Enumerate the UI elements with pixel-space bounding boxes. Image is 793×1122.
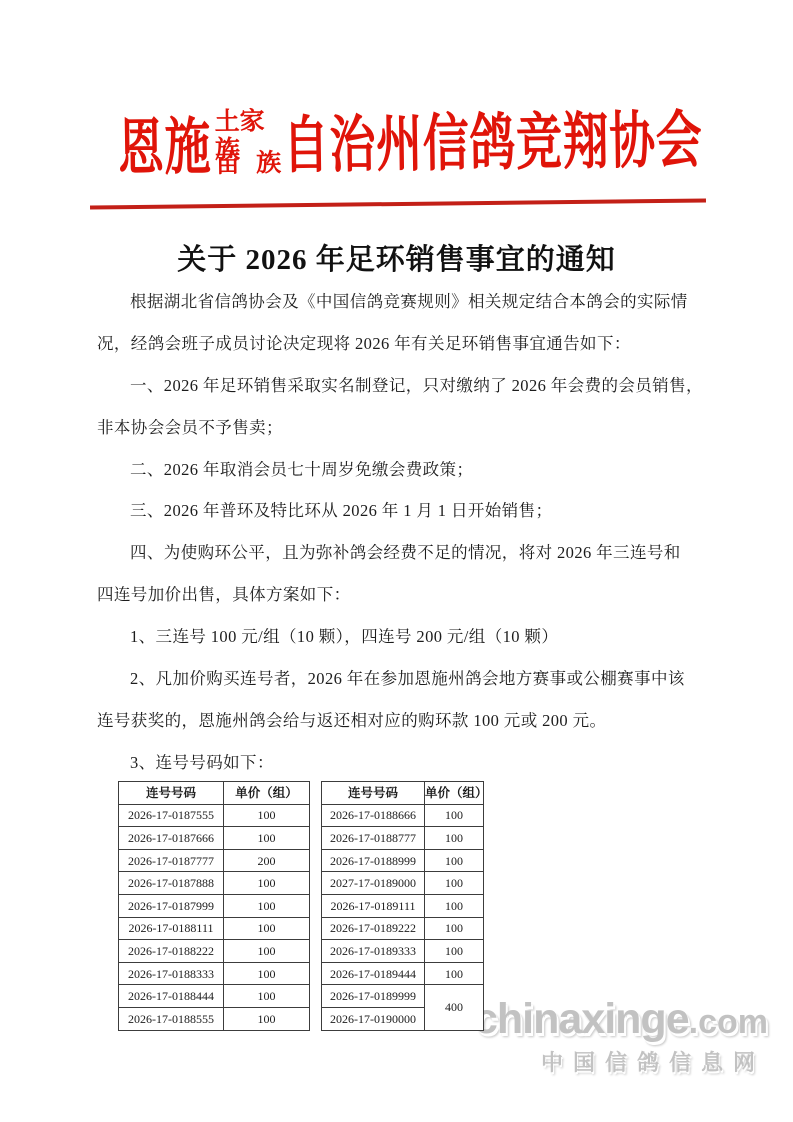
table-header-row: 连号号码单价（组）: [322, 782, 484, 805]
table-row: 2026-17-0188333100: [119, 962, 310, 985]
body-line: 连号获奖的，恩施州鸽会给与返还相对应的购环款 100 元或 200 元。: [97, 700, 709, 742]
red-divider-line: [90, 199, 706, 210]
price-cell: 100: [425, 962, 484, 985]
body-line: 一、2026 年足环销售采取实名制登记，只对缴纳了 2026 年会费的会员销售，: [97, 365, 709, 407]
ring-number-tables: 连号号码单价（组）2026-17-01875551002026-17-01876…: [118, 781, 484, 1031]
ring-number-cell: 2026-17-0188333: [119, 962, 224, 985]
ring-table-left: 连号号码单价（组）2026-17-01875551002026-17-01876…: [118, 781, 310, 1031]
ethnic-name-top-text: 土家族: [214, 108, 280, 139]
ring-number-cell: 2026-17-0187777: [119, 849, 224, 872]
ring-number-cell: 2026-17-0188222: [119, 940, 224, 963]
ethnic-name-bottom-right: 族: [256, 150, 281, 180]
document-page: 恩施 土家族 苗 族 自治州信鸽竞翔协会 关于 2026 年足环销售事宜的通知 …: [0, 0, 793, 1122]
column-header: 单价（组）: [224, 782, 310, 805]
ring-number-cell: 2026-17-0187888: [119, 872, 224, 895]
association-name-suffix: 自治州信鸽竞翔协会: [282, 106, 703, 182]
price-cell: 100: [425, 804, 484, 827]
price-cell: 200: [224, 849, 310, 872]
column-header: 单价（组）: [425, 782, 484, 805]
ring-number-cell: 2026-17-0187666: [119, 827, 224, 850]
price-cell: 100: [224, 917, 310, 940]
body-line: 1、三连号 100 元/组（10 颗），四连号 200 元/组（10 颗）: [97, 616, 709, 658]
price-cell: 100: [224, 940, 310, 963]
table-row: 2026-17-0189444100: [322, 962, 484, 985]
ring-number-cell: 2026-17-0189444: [322, 962, 425, 985]
body-line: 三、2026 年普环及特比环从 2026 年 1 月 1 日开始销售；: [97, 490, 709, 532]
watermark-site-tld: .com: [689, 1003, 768, 1041]
table-row: 2026-17-0187777200: [119, 849, 310, 872]
ring-number-cell: 2026-17-0189111: [322, 894, 425, 917]
ring-number-cell: 2026-17-0188999: [322, 849, 425, 872]
table-header-row: 连号号码单价（组）: [119, 782, 310, 805]
association-header: 恩施 土家族 苗 族 自治州信鸽竞翔协会: [117, 96, 718, 199]
ring-number-cell: 2026-17-0188444: [119, 985, 224, 1008]
watermark-site-cjk: 中国信鸽信息网: [541, 1046, 765, 1077]
price-cell: 100: [224, 872, 310, 895]
ethnic-name-bottom-left: 苗: [215, 150, 240, 180]
ring-number-cell: 2026-17-0188666: [322, 804, 425, 827]
price-cell: 100: [224, 827, 310, 850]
ring-number-cell: 2026-17-0187999: [119, 894, 224, 917]
table-row: 2026-17-0188111100: [119, 917, 310, 940]
price-cell: 100: [224, 894, 310, 917]
body-line: 根据湖北省信鸽协会及《中国信鸽竞赛规则》相关规定结合本鸽会的实际情: [97, 281, 709, 323]
ethnic-name-top: 土家族: [214, 108, 280, 139]
ring-number-cell: 2026-17-0190000: [322, 1007, 425, 1030]
table-row: 2026-17-0188666100: [322, 804, 484, 827]
watermark-site-main: chinaxinge: [474, 995, 689, 1043]
table-row: 2026-17-0188999100: [322, 849, 484, 872]
body-line: 四连号加价出售，具体方案如下：: [97, 574, 709, 616]
table-row: 2026-17-0188777100: [322, 827, 484, 850]
ring-number-cell: 2027-17-0189000: [322, 872, 425, 895]
price-cell: 100: [425, 827, 484, 850]
ring-number-cell: 2026-17-0188111: [119, 917, 224, 940]
price-cell: 100: [224, 985, 310, 1008]
price-cell: 100: [224, 1007, 310, 1030]
price-cell: 100: [425, 894, 484, 917]
ring-number-cell: 2026-17-0189999: [322, 985, 425, 1008]
body-line: 2、凡加价购买连号者，2026 年在参加恩施州鸽会地方赛事或公棚赛事中该: [97, 658, 709, 700]
ethnic-name-bottom: 苗 族: [215, 150, 281, 181]
table-row: 2027-17-0189000100: [322, 872, 484, 895]
ring-number-cell: 2026-17-0187555: [119, 804, 224, 827]
notice-body: 根据湖北省信鸽协会及《中国信鸽竞赛规则》相关规定结合本鸽会的实际情况，经鸽会班子…: [97, 281, 709, 784]
table-row: 2026-17-0188444100: [119, 985, 310, 1008]
price-cell: 100: [425, 849, 484, 872]
ethnic-names-stack: 土家族 苗 族: [214, 108, 281, 181]
ring-number-cell: 2026-17-0188777: [322, 827, 425, 850]
table-row: 2026-17-0187666100: [119, 827, 310, 850]
table-row: 2026-17-0188222100: [119, 940, 310, 963]
price-cell: 100: [425, 872, 484, 895]
body-line: 二、2026 年取消会员七十周岁免缴会费政策；: [97, 449, 709, 491]
column-header: 连号号码: [322, 782, 425, 805]
table-row: 2026-17-0189111100: [322, 894, 484, 917]
table-row: 2026-17-0188555100: [119, 1007, 310, 1030]
ring-number-cell: 2026-17-0188555: [119, 1007, 224, 1030]
ring-number-cell: 2026-17-0189222: [322, 917, 425, 940]
table-row: 2026-17-0189222100: [322, 917, 484, 940]
price-cell: 100: [425, 940, 484, 963]
table-row: 2026-17-0187888100: [119, 872, 310, 895]
notice-title: 关于 2026 年足环销售事宜的通知: [0, 237, 793, 278]
body-line: 非本协会会员不予售卖；: [97, 407, 709, 449]
table-row: 2026-17-0189333100: [322, 940, 484, 963]
body-line: 3、连号号码如下：: [97, 742, 709, 784]
price-cell: 100: [425, 917, 484, 940]
body-line: 四、为使购环公平，且为弥补鸽会经费不足的情况，将对 2026 年三连号和: [97, 532, 709, 574]
table-row: 2026-17-0187999100: [119, 894, 310, 917]
price-cell: 400: [425, 985, 484, 1030]
table-row: 2026-17-0187555100: [119, 804, 310, 827]
table-row: 2026-17-0189999400: [322, 985, 484, 1008]
association-name-prefix: 恩施: [118, 113, 212, 184]
body-line: 况，经鸽会班子成员讨论决定现将 2026 年有关足环销售事宜通告如下：: [97, 323, 709, 365]
ring-number-cell: 2026-17-0189333: [322, 940, 425, 963]
watermark-site-name: chinaxinge.com: [474, 995, 768, 1044]
price-cell: 100: [224, 804, 310, 827]
price-cell: 100: [224, 962, 310, 985]
ring-table-right: 连号号码单价（组）2026-17-01886661002026-17-01887…: [321, 781, 484, 1031]
column-header: 连号号码: [119, 782, 224, 805]
